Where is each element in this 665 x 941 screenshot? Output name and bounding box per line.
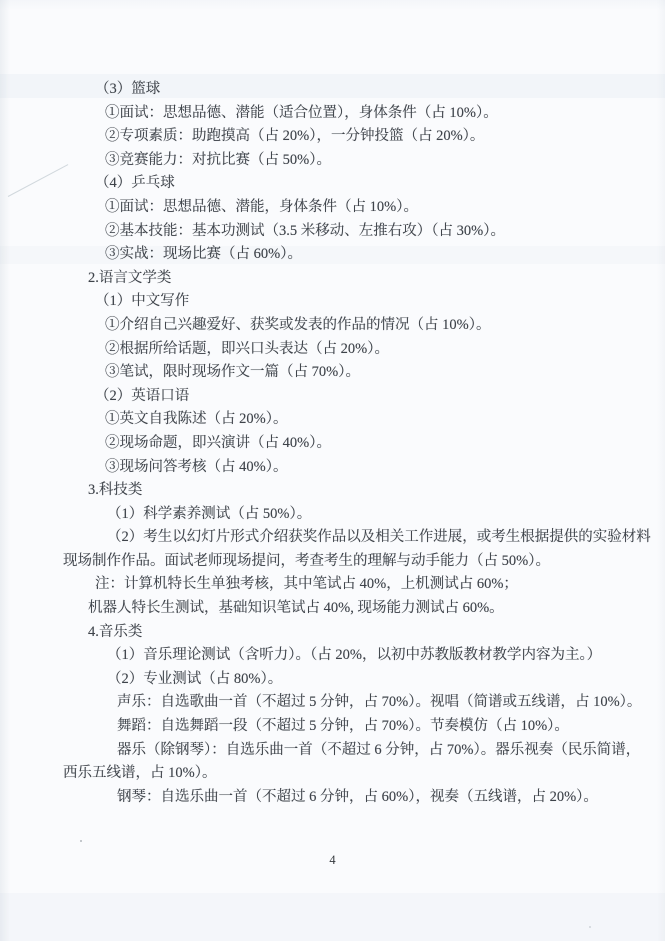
text-line: 钢琴：自选乐曲一首（不超过 6 分钟，占 60%），视奏（五线谱，占 20%）。 xyxy=(117,786,620,810)
text-line: 器乐（除钢琴）：自选乐曲一首（不超过 6 分钟，占 70%）。器乐视奏（民乐简谱… xyxy=(117,739,620,763)
text-line: ③实战：现场比赛（占 60%）。 xyxy=(105,243,620,267)
page-number: 4 xyxy=(0,853,665,868)
text-line: 4.音乐类 xyxy=(88,621,620,645)
text-line: （1）科学素养测试（占 50%）。 xyxy=(107,503,620,527)
document-body: （3）篮球①面试：思想品德、潜能（适合位置），身体条件（占 10%）。②专项素质… xyxy=(60,78,620,809)
text-line: （2）英语口语 xyxy=(95,385,620,409)
scan-band-artifact xyxy=(0,893,665,941)
scan-speck-artifact xyxy=(80,840,82,842)
text-line: （2）专业测试（占 80%）。 xyxy=(107,668,620,692)
text-line: 2.语言文学类 xyxy=(88,267,620,291)
text-line: ②专项素质：助跑摸高（占 20%），一分钟投篮（占 20%）。 xyxy=(105,125,620,149)
text-line: （4）乒乓球 xyxy=(95,172,620,196)
text-line: （3）篮球 xyxy=(95,78,620,102)
text-line: 舞蹈：自选舞蹈一段（不超过 5 分钟，占 70%）。节奏模仿（占 10%）。 xyxy=(117,715,620,739)
text-line: ③现场问答考核（占 40%）。 xyxy=(105,456,620,480)
text-line: ③竞赛能力：对抗比赛（占 50%）。 xyxy=(105,149,620,173)
text-line: ①面试：思想品德、潜能，身体条件（占 10%）。 xyxy=(105,196,620,220)
text-line: ①面试：思想品德、潜能（适合位置），身体条件（占 10%）。 xyxy=(105,102,620,126)
text-line: （2）考生以幻灯片形式介绍获奖作品以及相关工作进展，或考生根据提供的实验材料 xyxy=(107,526,620,550)
text-line: 注：计算机特长生单独考核，其中笔试占 40%，上机测试占 60%； xyxy=(95,573,620,597)
text-line: ①英文自我陈述（占 20%）。 xyxy=(105,408,620,432)
text-line: （1）中文写作 xyxy=(95,290,620,314)
text-line: ②现场命题，即兴演讲（占 40%）。 xyxy=(105,432,620,456)
scan-speck-artifact xyxy=(589,926,591,928)
text-line: ②根据所给话题，即兴口头表达（占 20%）。 xyxy=(105,338,620,362)
text-line: 3.科技类 xyxy=(88,479,620,503)
text-line: 西乐五线谱，占 10%）。 xyxy=(63,762,620,786)
text-line: ①介绍自己兴趣爱好、获奖或发表的作品的情况（占 10%）。 xyxy=(105,314,620,338)
text-line: ②基本技能：基本功测试（3.5 米移动、左推右攻）（占 30%）。 xyxy=(105,220,620,244)
text-line: 现场制作作品。面试老师现场提问，考查考生的理解与动手能力（占 50%）。 xyxy=(63,550,620,574)
text-line: 声乐：自选歌曲一首（不超过 5 分钟，占 70%）。视唱（简谱或五线谱，占 10… xyxy=(117,691,620,715)
scanned-document-page: （3）篮球①面试：思想品德、潜能（适合位置），身体条件（占 10%）。②专项素质… xyxy=(0,0,665,941)
text-line: 机器人特长生测试，基础知识笔试占 40%, 现场能力测试占 60%。 xyxy=(88,597,620,621)
text-line: ③笔试，限时现场作文一篇（占 70%）。 xyxy=(105,361,620,385)
text-line: （1）音乐理论测试（含听力）。（占 20%，以初中苏教版教材教学内容为主。） xyxy=(107,644,620,668)
